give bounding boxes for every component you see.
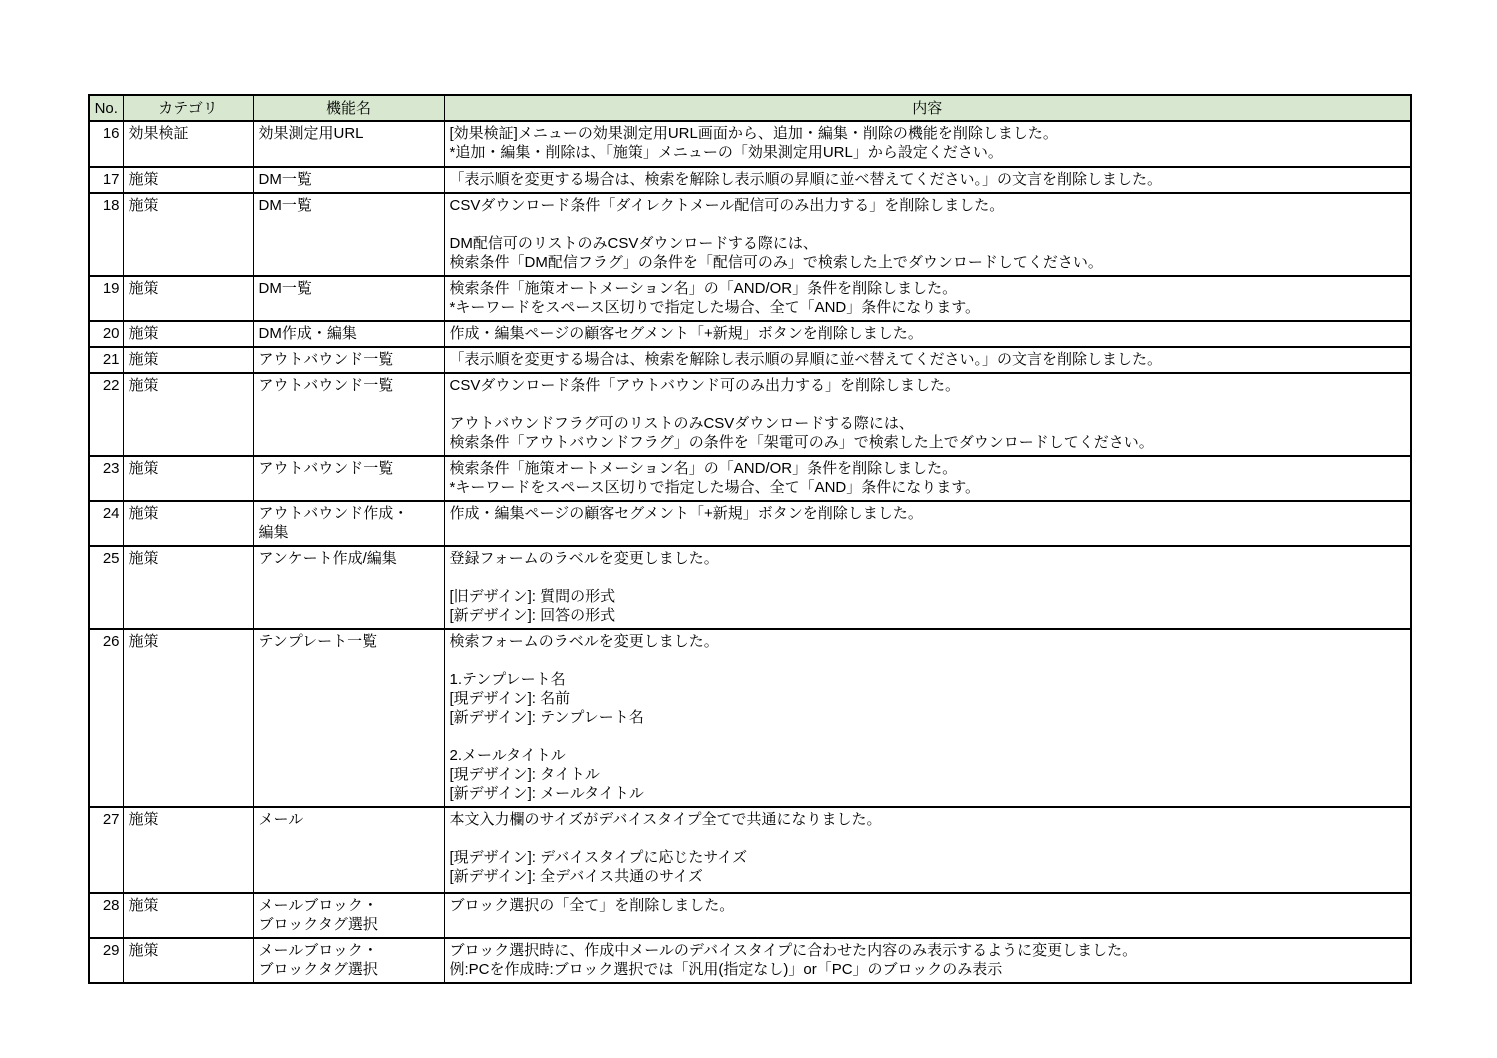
column-header-no: No. (89, 95, 123, 121)
column-header-category: カテゴリ (123, 95, 253, 121)
table-row: 24 施策 アウトバウンド作成・ 編集 作成・編集ページの顧客セグメント「+新規… (89, 501, 1411, 546)
cell-category: 施策 (123, 893, 253, 938)
cell-no: 21 (89, 347, 123, 373)
table-row: 23 施策 アウトバウンド一覧 検索条件「施策オートメーション名」の「AND/O… (89, 456, 1411, 501)
cell-content: 登録フォームのラベルを変更しました。 [旧デザイン]: 質問の形式 [新デザイン… (444, 546, 1411, 629)
cell-feature: メールブロック・ ブロックタグ選択 (253, 893, 444, 938)
table-row: 22 施策 アウトバウンド一覧 CSVダウンロード条件「アウトバウンド可のみ出力… (89, 373, 1411, 456)
cell-category: 施策 (123, 373, 253, 456)
cell-content: 検索フォームのラベルを変更しました。 1.テンプレート名 [現デザイン]: 名前… (444, 629, 1411, 807)
cell-no: 25 (89, 546, 123, 629)
cell-content: CSVダウンロード条件「ダイレクトメール配信可のみ出力する」を削除しました。 D… (444, 193, 1411, 276)
cell-feature: DM一覧 (253, 167, 444, 193)
cell-feature: アウトバウンド一覧 (253, 373, 444, 456)
cell-content: CSVダウンロード条件「アウトバウンド可のみ出力する」を削除しました。 アウトバ… (444, 373, 1411, 456)
cell-no: 23 (89, 456, 123, 501)
cell-content: 検索条件「施策オートメーション名」の「AND/OR」条件を削除しました。 *キー… (444, 456, 1411, 501)
cell-content: 「表示順を変更する場合は、検索を解除し表示順の昇順に並べ替えてください。」の文言… (444, 347, 1411, 373)
table-row: 16 効果検証 効果測定用URL [効果検証]メニューの効果測定用URL画面から… (89, 121, 1411, 167)
table-row: 18 施策 DM一覧 CSVダウンロード条件「ダイレクトメール配信可のみ出力する… (89, 193, 1411, 276)
table-body: 16 効果検証 効果測定用URL [効果検証]メニューの効果測定用URL画面から… (89, 121, 1411, 983)
cell-feature: アウトバウンド一覧 (253, 456, 444, 501)
cell-feature: アンケート作成/編集 (253, 546, 444, 629)
cell-category: 施策 (123, 347, 253, 373)
cell-no: 26 (89, 629, 123, 807)
cell-category: 施策 (123, 938, 253, 983)
cell-no: 18 (89, 193, 123, 276)
cell-feature: DM一覧 (253, 193, 444, 276)
cell-feature: メールブロック・ ブロックタグ選択 (253, 938, 444, 983)
cell-feature: テンプレート一覧 (253, 629, 444, 807)
cell-no: 16 (89, 121, 123, 167)
cell-category: 施策 (123, 167, 253, 193)
cell-category: 施策 (123, 807, 253, 893)
cell-content: 作成・編集ページの顧客セグメント「+新規」ボタンを削除しました。 (444, 501, 1411, 546)
header-row: No. カテゴリ 機能名 内容 (89, 95, 1411, 121)
release-notes-sheet: No. カテゴリ 機能名 内容 16 効果検証 効果測定用URL [効果検証]メ… (88, 94, 1412, 984)
cell-content: 作成・編集ページの顧客セグメント「+新規」ボタンを削除しました。 (444, 321, 1411, 347)
cell-category: 施策 (123, 456, 253, 501)
cell-feature: DM一覧 (253, 276, 444, 321)
cell-category: 施策 (123, 193, 253, 276)
cell-no: 28 (89, 893, 123, 938)
table-row: 29 施策 メールブロック・ ブロックタグ選択 ブロック選択時に、作成中メールの… (89, 938, 1411, 983)
cell-no: 24 (89, 501, 123, 546)
table-row: 20 施策 DM作成・編集 作成・編集ページの顧客セグメント「+新規」ボタンを削… (89, 321, 1411, 347)
cell-category: 施策 (123, 501, 253, 546)
cell-feature: アウトバウンド一覧 (253, 347, 444, 373)
table-row: 21 施策 アウトバウンド一覧 「表示順を変更する場合は、検索を解除し表示順の昇… (89, 347, 1411, 373)
cell-feature: アウトバウンド作成・ 編集 (253, 501, 444, 546)
cell-feature: メール (253, 807, 444, 893)
cell-no: 29 (89, 938, 123, 983)
table-row: 17 施策 DM一覧 「表示順を変更する場合は、検索を解除し表示順の昇順に並べ替… (89, 167, 1411, 193)
table-row: 26 施策 テンプレート一覧 検索フォームのラベルを変更しました。 1.テンプレ… (89, 629, 1411, 807)
cell-category: 施策 (123, 276, 253, 321)
cell-category: 効果検証 (123, 121, 253, 167)
column-header-content: 内容 (444, 95, 1411, 121)
cell-feature: 効果測定用URL (253, 121, 444, 167)
table-row: 25 施策 アンケート作成/編集 登録フォームのラベルを変更しました。 [旧デザ… (89, 546, 1411, 629)
cell-no: 27 (89, 807, 123, 893)
cell-content: [効果検証]メニューの効果測定用URL画面から、追加・編集・削除の機能を削除しま… (444, 121, 1411, 167)
table-row: 19 施策 DM一覧 検索条件「施策オートメーション名」の「AND/OR」条件を… (89, 276, 1411, 321)
cell-no: 20 (89, 321, 123, 347)
cell-no: 17 (89, 167, 123, 193)
release-notes-table: No. カテゴリ 機能名 内容 16 効果検証 効果測定用URL [効果検証]メ… (88, 94, 1412, 984)
cell-no: 19 (89, 276, 123, 321)
column-header-feature: 機能名 (253, 95, 444, 121)
cell-content: 「表示順を変更する場合は、検索を解除し表示順の昇順に並べ替えてください。」の文言… (444, 167, 1411, 193)
cell-content: ブロック選択時に、作成中メールのデバイスタイプに合わせた内容のみ表示するように変… (444, 938, 1411, 983)
cell-category: 施策 (123, 321, 253, 347)
cell-feature: DM作成・編集 (253, 321, 444, 347)
table-row: 28 施策 メールブロック・ ブロックタグ選択 ブロック選択の「全て」を削除しま… (89, 893, 1411, 938)
cell-content: 検索条件「施策オートメーション名」の「AND/OR」条件を削除しました。 *キー… (444, 276, 1411, 321)
table-row: 27 施策 メール 本文入力欄のサイズがデバイスタイプ全てで共通になりました。 … (89, 807, 1411, 893)
cell-content: ブロック選択の「全て」を削除しました。 (444, 893, 1411, 938)
cell-category: 施策 (123, 629, 253, 807)
cell-content: 本文入力欄のサイズがデバイスタイプ全てで共通になりました。 [現デザイン]: デ… (444, 807, 1411, 893)
cell-category: 施策 (123, 546, 253, 629)
cell-no: 22 (89, 373, 123, 456)
